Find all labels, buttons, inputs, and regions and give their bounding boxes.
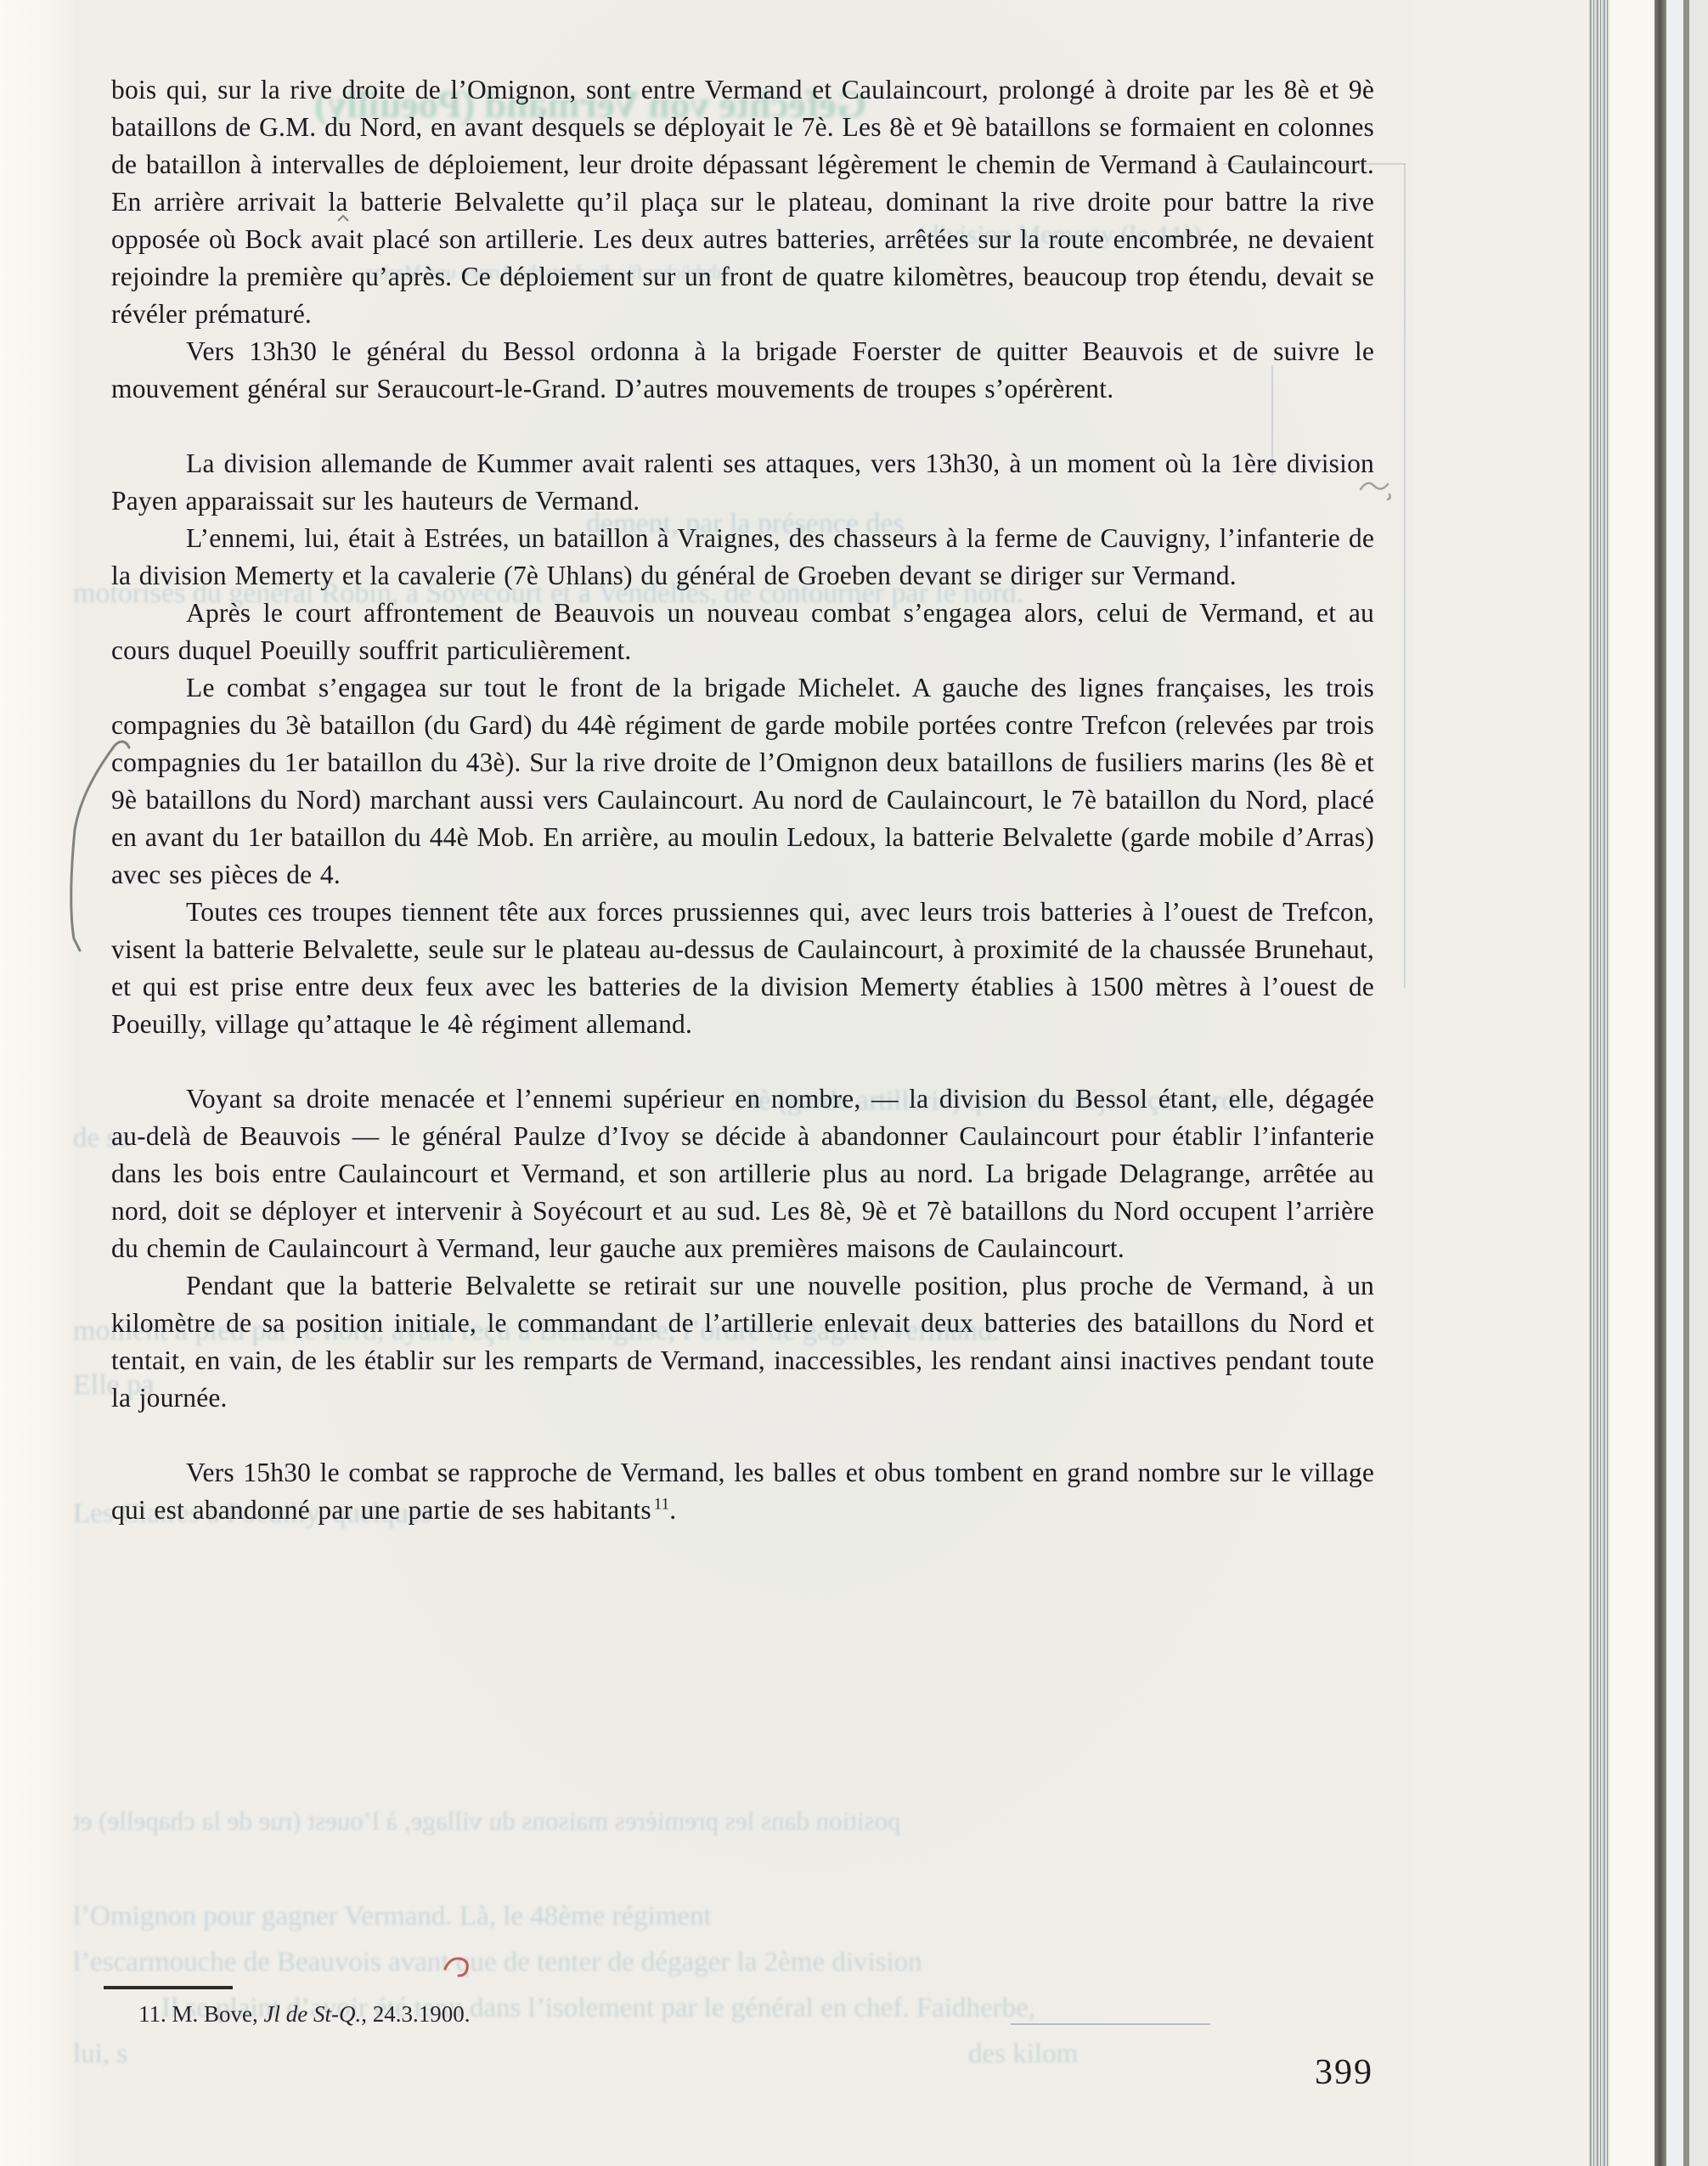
footnote-separator-rule bbox=[104, 1986, 233, 1989]
page-edge-outer-strip bbox=[1689, 0, 1708, 2166]
body-paragraph: Voyant sa droite menacée et l’ennemi sup… bbox=[111, 1080, 1374, 1267]
body-paragraph: L’ennemi, lui, était à Estrées, un batai… bbox=[111, 520, 1374, 595]
pen-mark bbox=[59, 732, 153, 962]
bleed-through-frame-line bbox=[1404, 164, 1406, 988]
page-number: 399 bbox=[1315, 2052, 1373, 2093]
body-paragraph: La division allemande de Kummer avait ra… bbox=[111, 445, 1374, 520]
page-edge-bright-strip bbox=[1609, 0, 1654, 2166]
bleed-through-line: position dans les premières maisons du v… bbox=[73, 1806, 900, 1836]
bleed-through-underline bbox=[1011, 2023, 1210, 2025]
red-pen-mark bbox=[438, 1950, 477, 1984]
scanned-book-page: Gefechte von Vermand (Poeuilly) Jahrbüch… bbox=[0, 0, 1708, 2166]
footnote: 11. M. Bove, Jl de St-Q., 24.3.1900. bbox=[138, 2001, 470, 2028]
page-edge-stripe-band bbox=[1589, 0, 1609, 2166]
body-text-column: bois qui, sur la rive droite de l’Omigno… bbox=[111, 71, 1374, 1529]
page-edge-light-strip bbox=[1666, 0, 1683, 2166]
body-paragraph: Le combat s’engagea sur tout le front de… bbox=[111, 669, 1374, 894]
bleed-through-line: l’escarmouche de Beauvois avant que de t… bbox=[73, 1947, 922, 1978]
bleed-through-line: lui, s bbox=[73, 2039, 127, 2070]
body-paragraph: Vers 15h30 le combat se rapproche de Ver… bbox=[111, 1454, 1374, 1529]
body-paragraph: Pendant que la batterie Belvalette se re… bbox=[111, 1267, 1374, 1417]
footnote-source-italic: Jl de St-Q. bbox=[264, 2001, 362, 2027]
body-paragraph: Vers 13h30 le général du Bessol ordonna … bbox=[111, 333, 1374, 408]
page-edge-gray-line bbox=[1683, 0, 1689, 2166]
bleed-through-line: l’Omignon pour gagner Vermand. Là, le 48… bbox=[73, 1901, 712, 1932]
body-paragraph: Toutes ces troupes tiennent tête aux for… bbox=[111, 894, 1374, 1043]
body-paragraph: Après le court affrontement de Beauvois … bbox=[111, 595, 1374, 669]
gray-squiggle-mark bbox=[1356, 472, 1406, 503]
body-paragraph: bois qui, sur la rive droite de l’Omigno… bbox=[111, 71, 1374, 333]
tiny-print-mark bbox=[333, 209, 353, 229]
page-left-margin-strip bbox=[0, 0, 73, 2166]
footnote-reference: 11 bbox=[654, 1496, 670, 1514]
bleed-through-line: des kilom bbox=[968, 2039, 1078, 2070]
page-edge-dark-band bbox=[1654, 0, 1666, 2166]
